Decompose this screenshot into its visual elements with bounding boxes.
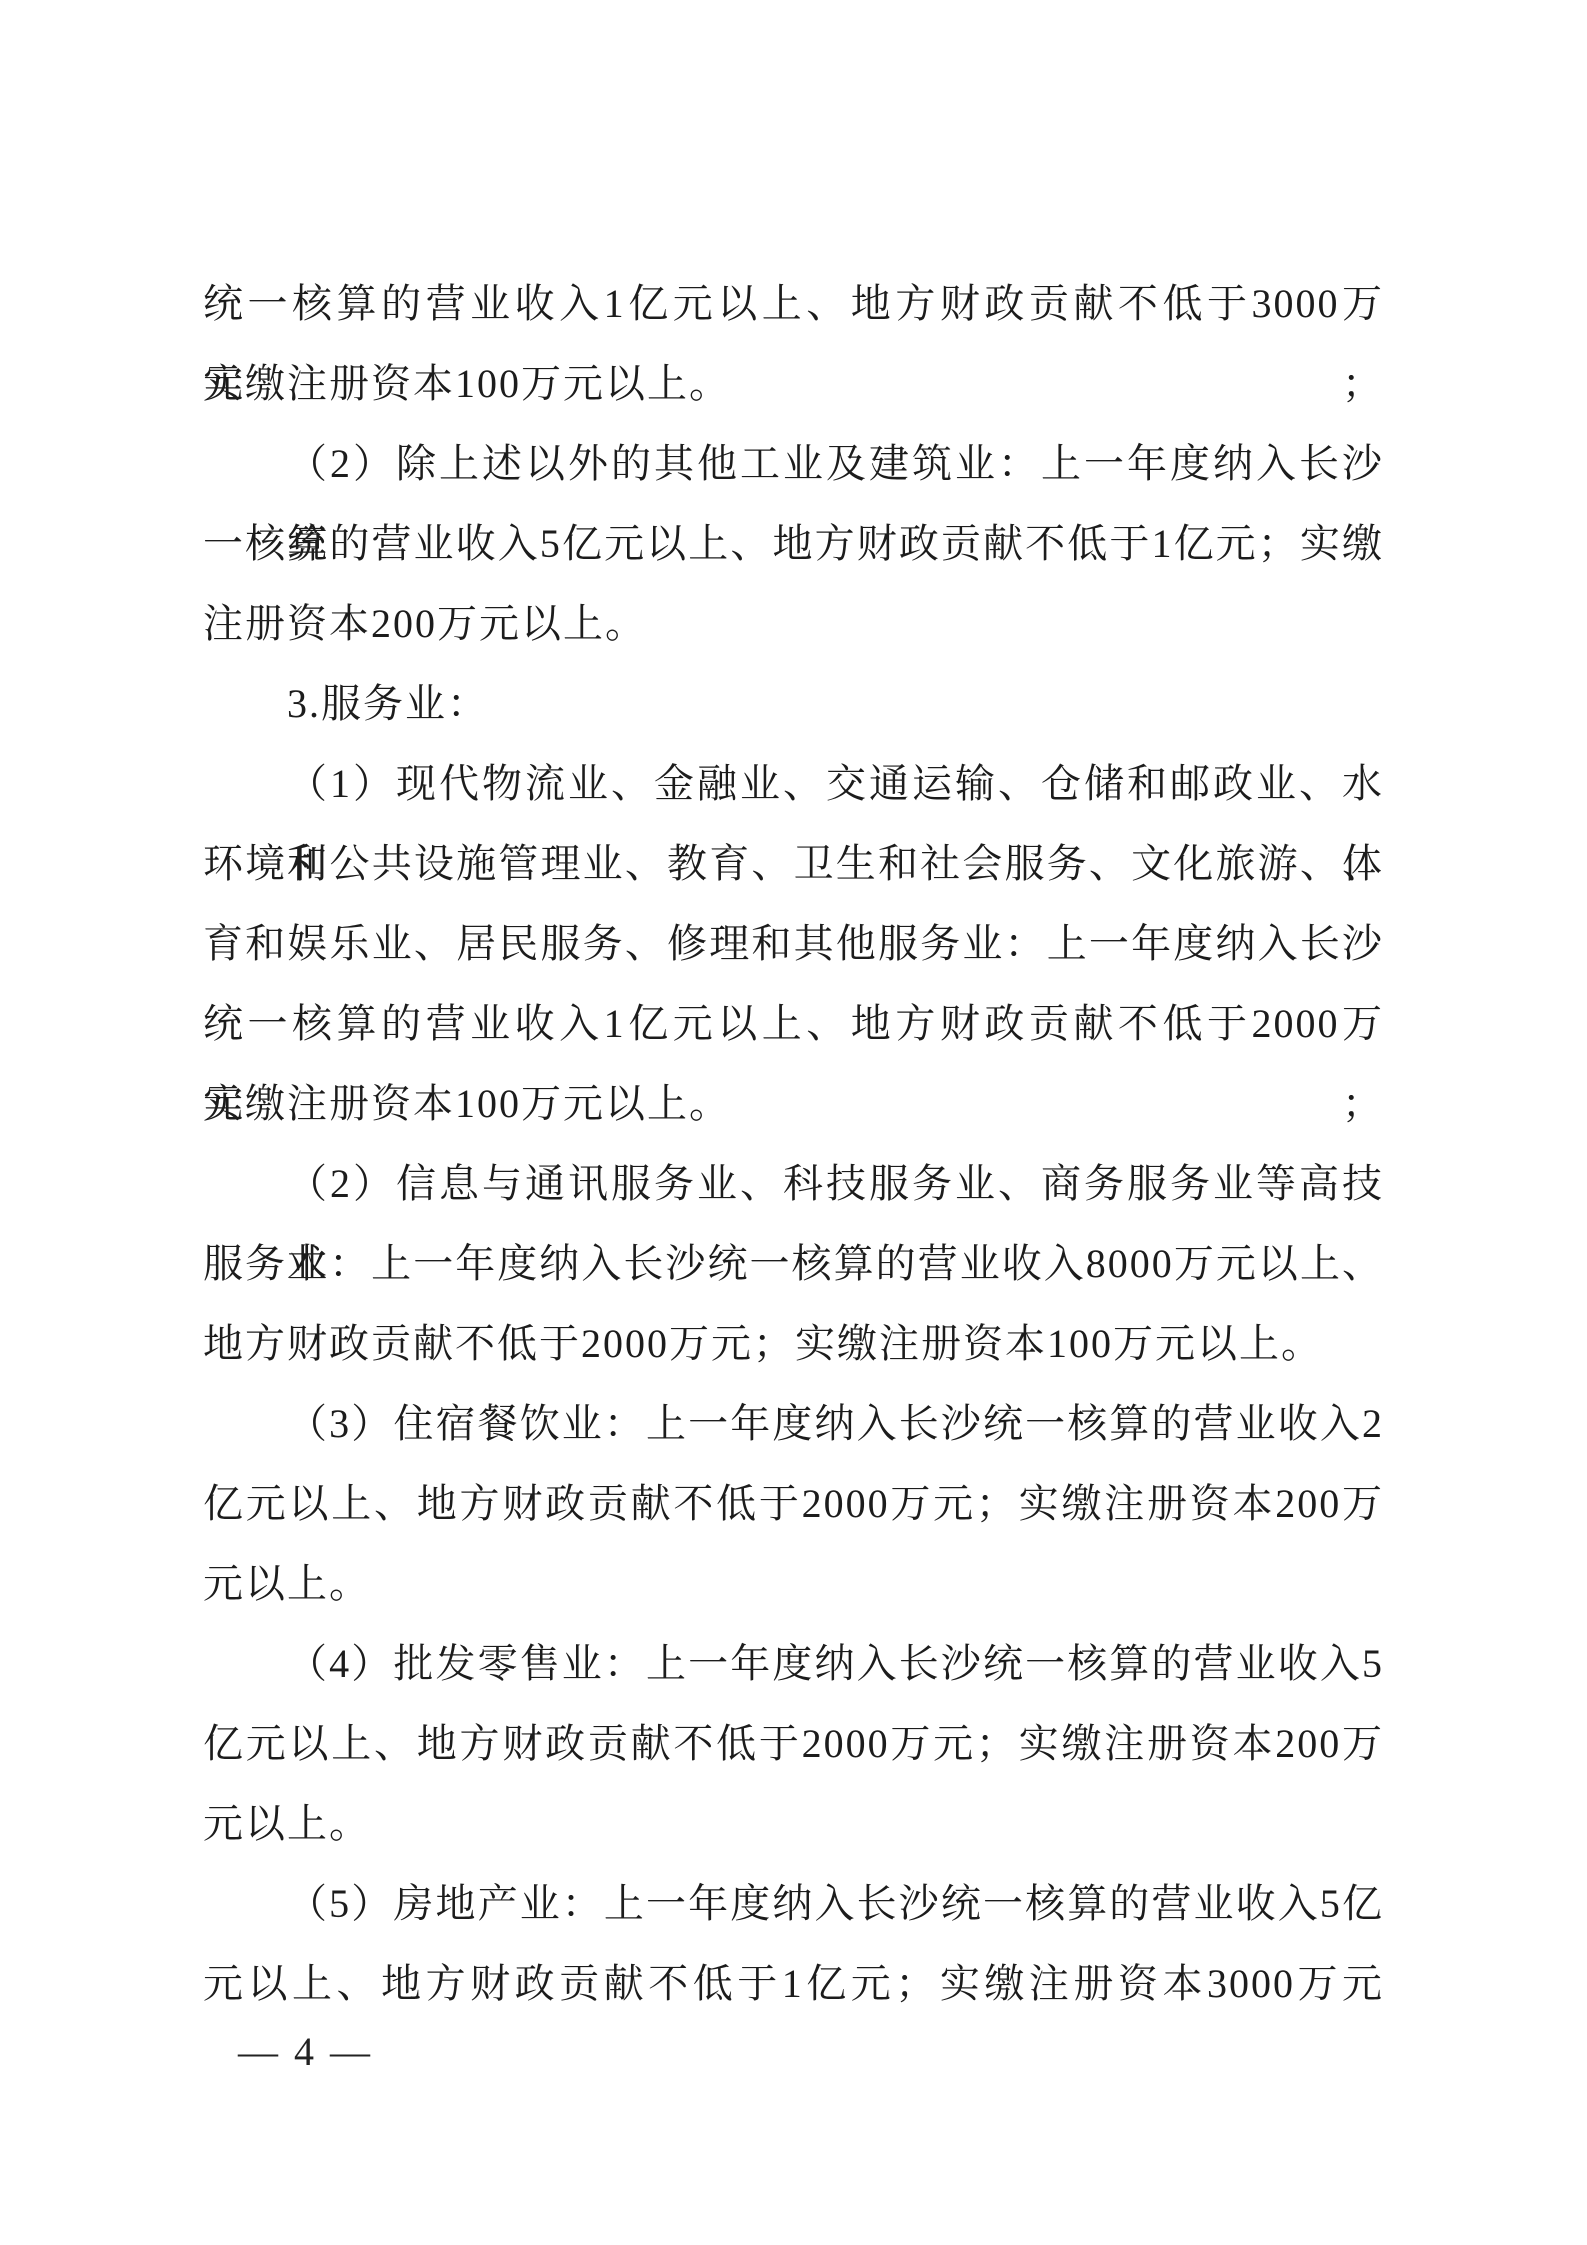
text-line: （1）现代物流业、金融业、交通运输、仓储和邮政业、水利、 bbox=[203, 744, 1384, 824]
text-block: 统一核算的营业收入1亿元以上、地方财政贡献不低于3000万元；实缴注册资本100… bbox=[203, 264, 1384, 2024]
text-line: 注册资本200万元以上。 bbox=[203, 584, 1384, 664]
text-line: （2）信息与通讯服务业、科技服务业、商务服务业等高技术 bbox=[203, 1144, 1384, 1224]
text-line: 地方财政贡献不低于2000万元；实缴注册资本100万元以上。 bbox=[203, 1304, 1384, 1384]
text-line: 元以上、地方财政贡献不低于1亿元；实缴注册资本3000万元 bbox=[203, 1944, 1384, 2024]
page-number: — 4 — bbox=[238, 2030, 373, 2074]
text-line: 亿元以上、地方财政贡献不低于2000万元；实缴注册资本200万 bbox=[203, 1464, 1384, 1544]
text-line: 元以上。 bbox=[203, 1544, 1384, 1624]
text-line: 一核算的营业收入5亿元以上、地方财政贡献不低于1亿元；实缴 bbox=[203, 504, 1384, 584]
text-line: （4）批发零售业：上一年度纳入长沙统一核算的营业收入5 bbox=[203, 1624, 1384, 1704]
text-line: 服务业：上一年度纳入长沙统一核算的营业收入8000万元以上、 bbox=[203, 1224, 1384, 1304]
text-line: 统一核算的营业收入1亿元以上、地方财政贡献不低于2000万元； bbox=[203, 984, 1384, 1064]
text-line: 环境和公共设施管理业、教育、卫生和社会服务、文化旅游、体 bbox=[203, 824, 1384, 904]
text-line: （5）房地产业：上一年度纳入长沙统一核算的营业收入5亿 bbox=[203, 1864, 1384, 1944]
text-line: 3.服务业： bbox=[203, 664, 1384, 744]
text-line: 亿元以上、地方财政贡献不低于2000万元；实缴注册资本200万 bbox=[203, 1704, 1384, 1784]
text-line: 统一核算的营业收入1亿元以上、地方财政贡献不低于3000万元； bbox=[203, 264, 1384, 344]
document-page: 统一核算的营业收入1亿元以上、地方财政贡献不低于3000万元；实缴注册资本100… bbox=[0, 0, 1587, 2245]
text-line: （3）住宿餐饮业：上一年度纳入长沙统一核算的营业收入2 bbox=[203, 1384, 1384, 1464]
text-line: 育和娱乐业、居民服务、修理和其他服务业：上一年度纳入长沙 bbox=[203, 904, 1384, 984]
text-line: 元以上。 bbox=[203, 1784, 1384, 1864]
text-line: （2）除上述以外的其他工业及建筑业：上一年度纳入长沙统 bbox=[203, 424, 1384, 504]
